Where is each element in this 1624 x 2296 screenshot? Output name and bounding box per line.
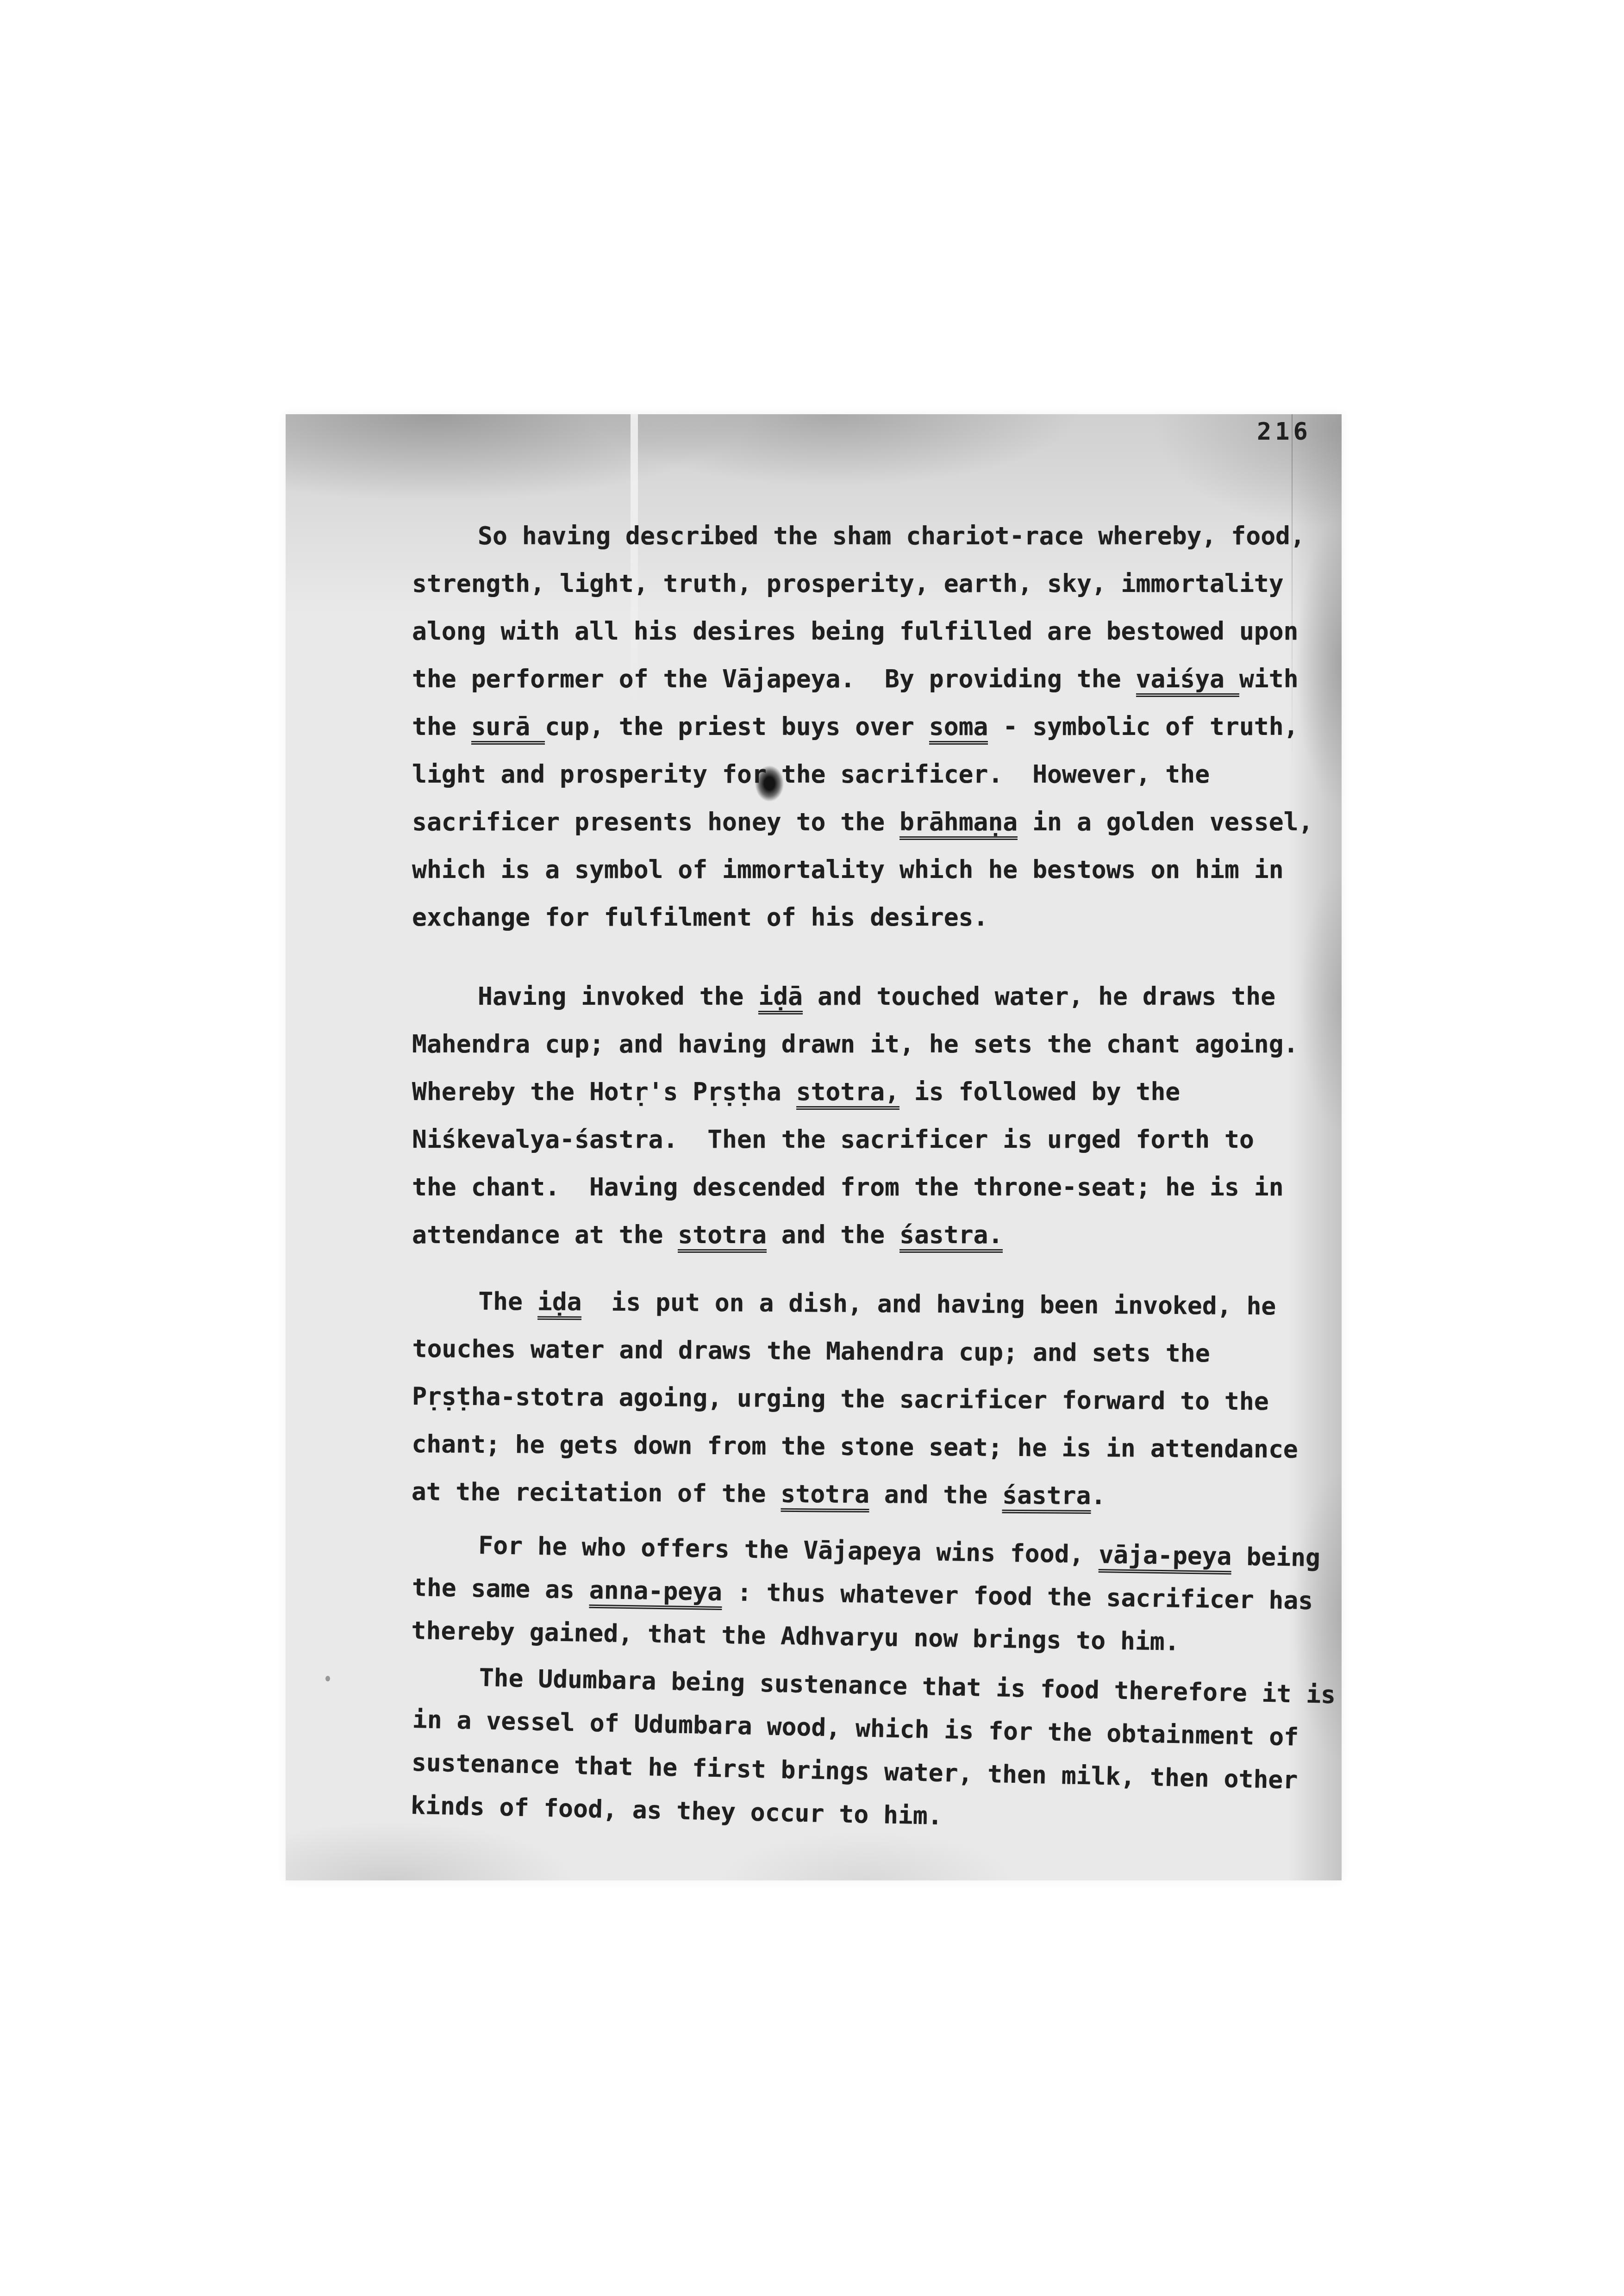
text-line: sacrificer presents honey to the brāhmaṇ… [412,798,1356,846]
text-segment: Niśkevalya-śastra. Then the sacrificer i… [412,1126,1254,1154]
text-segment: the same as [412,1574,590,1605]
text-segment: and the [869,1481,1003,1510]
text-line: the chant. Having descended from the thr… [412,1164,1356,1211]
text-segment: and the [767,1221,899,1249]
text-segment: strength, light, truth, prosperity, eart… [412,570,1284,598]
text-segment: attendance at the [412,1221,678,1249]
document-text: So having described the sham chariot-rac… [412,512,1356,1827]
text-segment: Having invoked the [478,983,758,1011]
text-segment: the chant. Having descended from the thr… [412,1173,1284,1201]
text-line: light and prosperity for the sacrificer.… [412,751,1356,798]
text-segment: the performer of the Vājapeya. By provid… [412,665,1136,693]
text-line: exchange for fulfilment of his desires. [412,894,1356,941]
paragraph: Having invoked the iḍā and touched water… [412,973,1356,1259]
text-segment: which is a symbol of immortality which h… [412,856,1284,884]
text-segment: being [1231,1543,1320,1572]
text-segment: is followed by the [899,1078,1180,1106]
underlined-term: vāja-peya [1099,1541,1232,1574]
underlined-term: śastra. [899,1221,1003,1253]
text-segment: the [412,713,471,741]
text-line: Having invoked the iḍā and touched water… [412,973,1356,1020]
scan-canvas: { "page": { "number": "216" }, "document… [0,0,1624,2296]
paragraph: So having described the sham chariot-rac… [412,512,1356,941]
text-segment: at the recitation of the [412,1478,781,1508]
text-segment: : thus whatever food the sacrificer has [722,1578,1313,1615]
paragraph: The Udumbara being sustenance that is fo… [410,1655,1358,1846]
stray-mark [325,1676,330,1681]
text-segment: light and prosperity for the sacrificer.… [412,760,1210,789]
paragraph: The iḍa is put on a dish, and having bee… [411,1277,1357,1521]
text-segment: thereby gained, that the Adhvaryu now br… [411,1617,1180,1656]
text-line: chant; he gets down from the stone seat;… [412,1420,1356,1474]
underlined-term: stotra [781,1480,869,1512]
text-segment: - symbolic of truth, [988,713,1298,741]
text-line: attendance at the stotra and the śastra. [412,1211,1356,1259]
underlined-term: iḍā [758,983,803,1014]
text-line: Mahendra cup; and having drawn it, he se… [412,1020,1356,1068]
text-segment: For he who offers the Vājapeya wins food… [478,1531,1099,1569]
text-line: which is a symbol of immortality which h… [412,846,1356,894]
underlined-term: surā [471,713,545,745]
text-segment: in a golden vessel, [1018,808,1313,836]
text-line: Whereby the Hotṛ's Pṛṣṭha stotra, is fol… [412,1068,1356,1116]
text-segment: along with all his desires being fulfill… [412,617,1299,646]
text-segment: and touched water, he draws the [803,983,1275,1011]
text-segment: cup, the priest buys over [545,713,929,741]
scanned-page: 216 So having described the sham chariot… [286,414,1342,1880]
text-line: along with all his desires being fulfill… [412,608,1356,655]
text-line: the performer of the Vājapeya. By provid… [412,655,1356,703]
text-segment: Mahendra cup; and having drawn it, he se… [412,1030,1299,1058]
text-line: touches water and draws the Mahendra cup… [412,1325,1357,1378]
text-segment: chant; he gets down from the stone seat;… [412,1430,1298,1464]
text-segment: is put on a dish, and having been invoke… [581,1288,1276,1320]
text-segment: exchange for fulfilment of his desires. [412,903,988,932]
underlined-term: brāhmaṇa [899,808,1018,840]
text-segment: So having described the sham chariot-rac… [478,522,1305,550]
text-segment: Whereby the Hotṛ's Pṛṣṭha [412,1078,796,1106]
ink-blot [751,760,788,807]
text-segment: Pṛṣṭha-stotra agoing, urging the sacrifi… [412,1382,1269,1416]
paragraph: For he who offers the Vājapeya wins food… [411,1523,1357,1666]
text-line: So having described the sham chariot-rac… [412,512,1356,560]
underlined-term: stotra, [796,1078,899,1110]
text-segment: sacrificer presents honey to the [412,808,899,836]
page-number: 216 [1257,418,1312,446]
text-segment: The [478,1288,537,1316]
underlined-term: vaiśya [1136,665,1239,697]
underlined-term: anna-peya [589,1576,722,1610]
text-segment: with [1239,665,1299,693]
text-line: The iḍa is put on a dish, and having bee… [412,1277,1357,1331]
underlined-term: śastra [1002,1481,1091,1514]
text-line: at the recitation of the stotra and the … [411,1468,1356,1521]
text-segment: . [1091,1482,1106,1510]
underlined-term: stotra [678,1221,766,1253]
text-line: strength, light, truth, prosperity, eart… [412,560,1356,608]
text-line: Niśkevalya-śastra. Then the sacrificer i… [412,1116,1356,1164]
text-segment: kinds of food, as they occur to him. [411,1792,943,1830]
text-line: Pṛṣṭha-stotra agoing, urging the sacrifi… [412,1373,1357,1426]
underlined-term: iḍa [537,1288,582,1320]
text-segment: touches water and draws the Mahendra cup… [412,1335,1210,1368]
underlined-term: soma [929,713,988,745]
text-line: the surā cup, the priest buys over soma … [412,703,1356,751]
